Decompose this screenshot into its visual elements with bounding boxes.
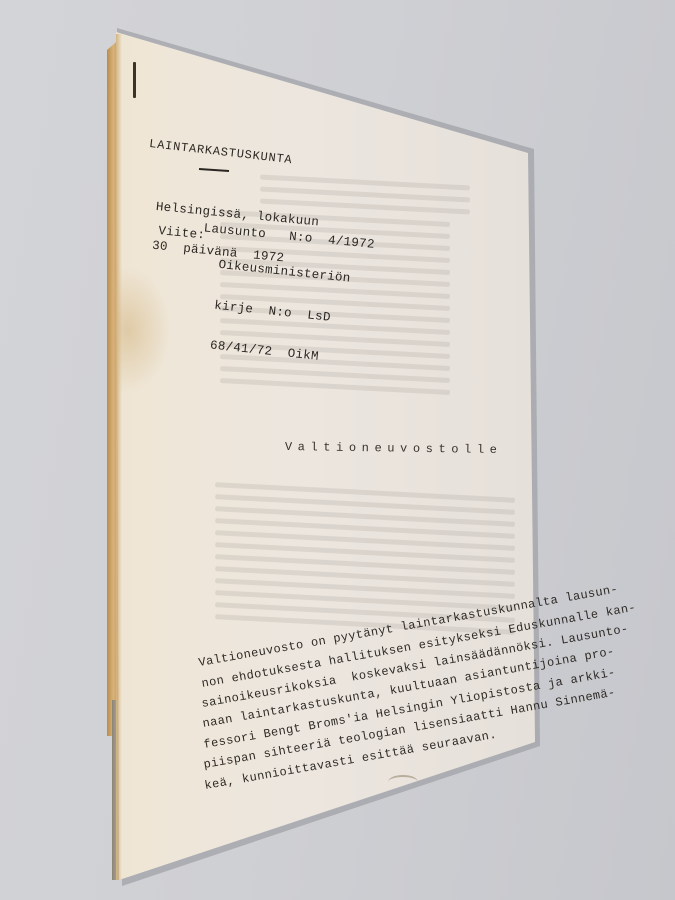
- heading-underline: [199, 168, 229, 172]
- organization-name: LAINTARKASTUSKUNTA: [148, 137, 293, 167]
- reference-line: Oikeusministeriön: [218, 259, 351, 286]
- photo-scene: LAINTARKASTUSKUNTA Helsingissä, lokakuun…: [0, 0, 675, 900]
- typewritten-text: LAINTARKASTUSKUNTA Helsingissä, lokakuun…: [0, 0, 675, 900]
- addressee: Valtioneuvostolle: [285, 440, 503, 457]
- reference-line: kirje N:o LsD: [214, 299, 347, 326]
- reference-line: 68/41/72 OikM: [209, 339, 342, 366]
- reference-block: Oikeusministeriön kirje N:o LsD 68/41/72…: [206, 232, 353, 394]
